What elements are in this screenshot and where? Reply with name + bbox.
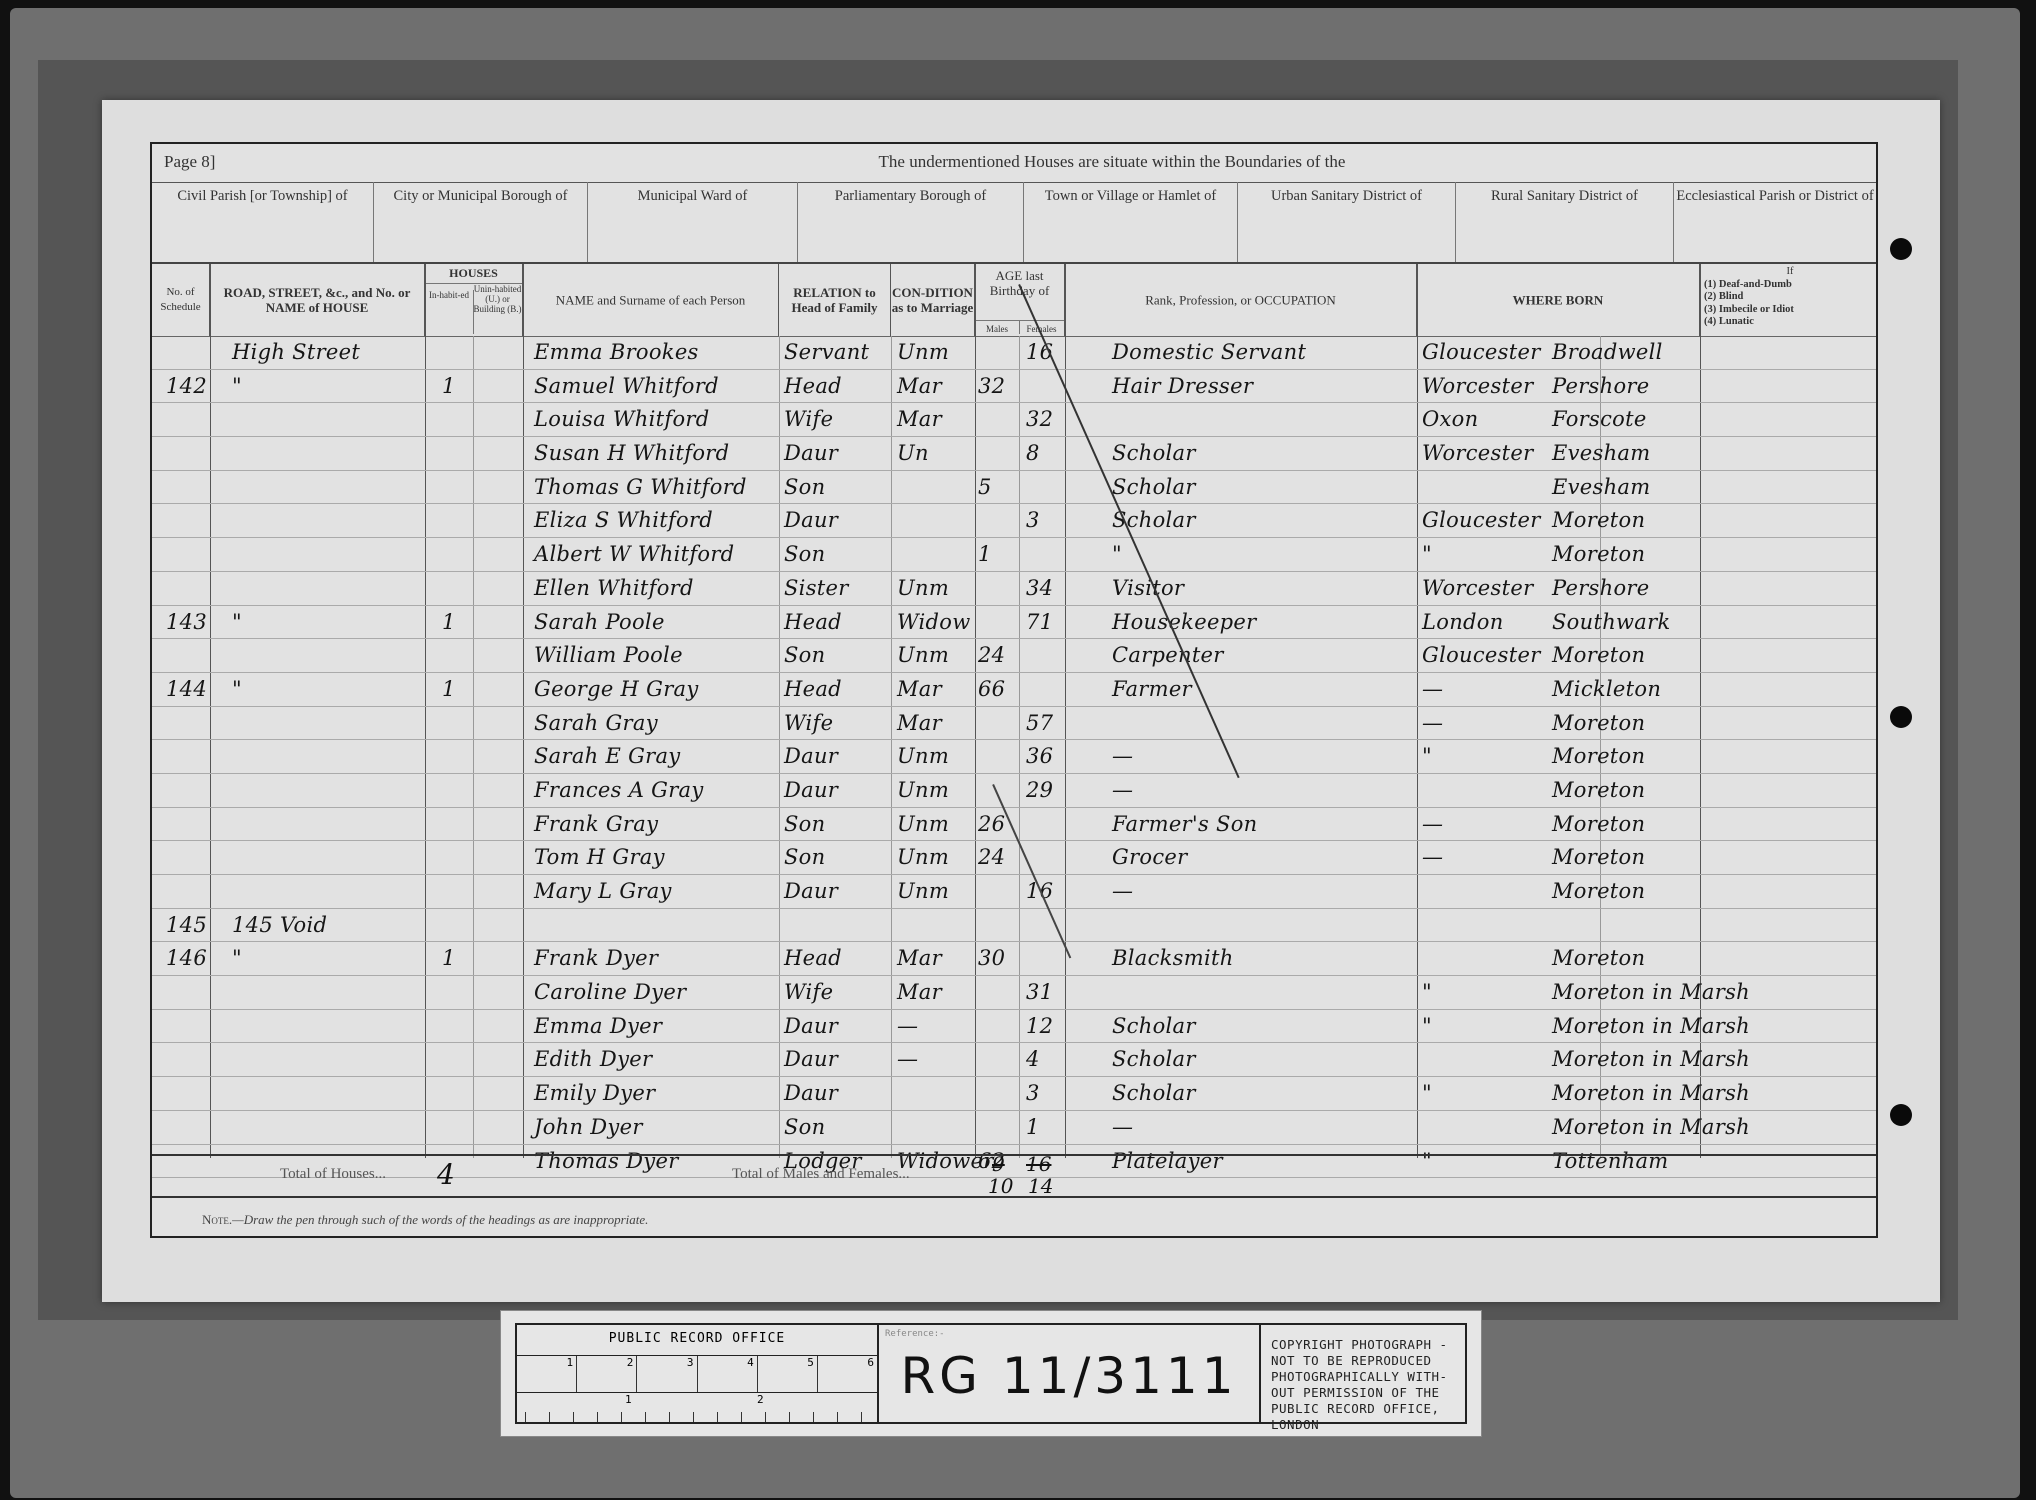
- inhabited-count: 1: [442, 677, 456, 701]
- jurisdiction-civil-parish: Civil Parish [or Township] of: [152, 182, 374, 262]
- person-name: George H Gray: [534, 677, 699, 701]
- marital-condition: —: [897, 1014, 918, 1038]
- jurisdiction-urban-sanitary: Urban Sanitary District of: [1238, 182, 1456, 262]
- person-name: Emily Dyer: [534, 1081, 655, 1105]
- census-entries: High StreetEmma BrookesServantUnm16Domes…: [152, 336, 1876, 1178]
- schedule-number: 143: [166, 610, 207, 634]
- relation: Daur: [784, 441, 838, 465]
- table-row: High StreetEmma BrookesServantUnm16Domes…: [152, 336, 1876, 370]
- road-name: ": [232, 374, 242, 398]
- relation: Wife: [784, 711, 833, 735]
- relation: Son: [784, 845, 825, 869]
- relation: Son: [784, 542, 825, 566]
- boundaries-title: The undermentioned Houses are situate wi…: [712, 152, 1512, 172]
- occupation: Blacksmith: [1112, 946, 1234, 970]
- birth-place: Moreton in Marsh: [1552, 1081, 1750, 1105]
- relation: Daur: [784, 1081, 838, 1105]
- road-name: ": [232, 677, 242, 701]
- person-name: Eliza S Whitford: [534, 508, 713, 532]
- table-row: Eliza S WhitfordDaur3ScholarGloucesterMo…: [152, 504, 1876, 538]
- relation: Daur: [784, 1047, 838, 1071]
- person-name: Ellen Whitford: [534, 576, 694, 600]
- occupation: Grocer: [1112, 845, 1188, 869]
- marital-condition: Unm: [897, 744, 949, 768]
- ruler-tick: [837, 1412, 838, 1422]
- relation: Son: [784, 1115, 825, 1139]
- road-name: ": [232, 946, 242, 970]
- occupation: —: [1112, 744, 1133, 768]
- female-age: 31: [1026, 980, 1053, 1004]
- person-name: John Dyer: [534, 1115, 643, 1139]
- marital-condition: Unm: [897, 576, 949, 600]
- copyright-notice: COPYRIGHT PHOTOGRAPH - NOT TO BE REPRODU…: [1261, 1325, 1465, 1422]
- relation: Head: [784, 374, 842, 398]
- birth-county: ": [1422, 744, 1432, 768]
- binding-hole: [1890, 238, 1912, 260]
- table-row: 144"1George H GrayHeadMar66Farmer—Mickle…: [152, 673, 1876, 707]
- relation: Sister: [784, 576, 849, 600]
- stamp-office-label: PUBLIC RECORD OFFICE: [517, 1331, 877, 1346]
- column-headers: No. of Schedule ROAD, STREET, &c., and N…: [152, 264, 1876, 337]
- occupation: Farmer: [1112, 677, 1192, 701]
- stamp-scale: PUBLIC RECORD OFFICE 123456 1 2: [517, 1325, 879, 1422]
- person-name: Albert W Whitford: [534, 542, 734, 566]
- header-schedule: No. of Schedule: [152, 264, 210, 336]
- female-age: 29: [1026, 778, 1053, 802]
- relation: Daur: [784, 1014, 838, 1038]
- female-age: 8: [1026, 441, 1040, 465]
- marital-condition: Unm: [897, 778, 949, 802]
- relation: Wife: [784, 407, 833, 431]
- schedule-number: 144: [166, 677, 207, 701]
- occupation: ": [1112, 542, 1122, 566]
- header-occupation: Rank, Profession, or OCCUPATION: [1065, 264, 1417, 336]
- marital-condition: Mar: [897, 677, 942, 701]
- table-row: Caroline DyerWifeMar31"Moreton in Marsh: [152, 976, 1876, 1010]
- table-row: Sarah GrayWifeMar57—Moreton: [152, 707, 1876, 741]
- birth-place: Moreton in Marsh: [1552, 980, 1750, 1004]
- ruler-tick: [597, 1412, 598, 1422]
- marital-condition: Unm: [897, 812, 949, 836]
- jurisdiction-rural-sanitary: Rural Sanitary District of: [1456, 182, 1674, 262]
- table-row: Mary L GrayDaurUnm16—Moreton: [152, 875, 1876, 909]
- person-name: Emma Dyer: [534, 1014, 662, 1038]
- jurisdiction-municipal-ward: Municipal Ward of: [588, 182, 798, 262]
- table-row: 143"1Sarah PooleHeadWidow71HousekeeperLo…: [152, 606, 1876, 640]
- female-age: 1: [1026, 1115, 1040, 1139]
- occupation: Scholar: [1112, 441, 1196, 465]
- relation: Daur: [784, 508, 838, 532]
- relation: Son: [784, 643, 825, 667]
- table-row: 145145 Void: [152, 909, 1876, 943]
- birth-place: Moreton in Marsh: [1552, 1014, 1750, 1038]
- page-number: Page 8]: [164, 152, 215, 172]
- birth-place: Moreton: [1552, 778, 1645, 802]
- marital-condition: Unm: [897, 340, 949, 364]
- male-age: 30: [978, 946, 1005, 970]
- birth-place: Forscote: [1552, 407, 1647, 431]
- occupation: —: [1112, 879, 1133, 903]
- inhabited-count: 1: [442, 374, 456, 398]
- total-females-struck: 16: [1026, 1152, 1051, 1176]
- person-name: Caroline Dyer: [534, 980, 686, 1004]
- table-row: Susan H WhitfordDaurUn8ScholarWorcesterE…: [152, 437, 1876, 471]
- birth-place: Southwark: [1552, 610, 1670, 634]
- ruler-tick: [573, 1412, 574, 1422]
- table-row: Albert W WhitfordSon1""Moreton: [152, 538, 1876, 572]
- table-row: John DyerSon1—Moreton in Marsh: [152, 1111, 1876, 1145]
- birth-county: —: [1422, 711, 1443, 735]
- occupation: —: [1112, 1115, 1133, 1139]
- birth-county: London: [1422, 610, 1504, 634]
- jurisdiction-ecclesiastical: Ecclesiastical Parish or District of: [1674, 182, 1876, 262]
- relation: Head: [784, 677, 842, 701]
- ruler-tick: [621, 1412, 622, 1422]
- table-row: 146"1Frank DyerHeadMar30BlacksmithMoreto…: [152, 942, 1876, 976]
- header-road: ROAD, STREET, &c., and No. or NAME of HO…: [210, 264, 425, 336]
- person-name: Emma Brookes: [534, 340, 699, 364]
- ruler-tick: [717, 1412, 718, 1422]
- birth-place: Pershore: [1552, 576, 1649, 600]
- relation: Servant: [784, 340, 869, 364]
- occupation: Visitor: [1112, 576, 1184, 600]
- marital-condition: Unm: [897, 845, 949, 869]
- occupation: —: [1112, 778, 1133, 802]
- form-header: Page 8] The undermentioned Houses are si…: [152, 144, 1876, 183]
- schedule-number: 145: [166, 913, 207, 937]
- total-males-struck: 9: [992, 1152, 1005, 1176]
- binding-hole: [1890, 706, 1912, 728]
- header-relation: RELATION to Head of Family: [779, 264, 891, 336]
- birth-county: Worcester: [1422, 576, 1533, 600]
- relation: Wife: [784, 980, 833, 1004]
- binding-hole: [1890, 1104, 1912, 1126]
- birth-county: —: [1422, 812, 1443, 836]
- header-condition: CON-DITION as to Marriage: [891, 264, 975, 336]
- relation: Son: [784, 812, 825, 836]
- birth-county: Worcester: [1422, 374, 1533, 398]
- person-name: Sarah Poole: [534, 610, 665, 634]
- birth-county: —: [1422, 677, 1443, 701]
- relation: Daur: [784, 778, 838, 802]
- person-name: William Poole: [534, 643, 683, 667]
- birth-place: Moreton: [1552, 711, 1645, 735]
- person-name: Sarah E Gray: [534, 744, 680, 768]
- birth-county: Gloucester: [1422, 340, 1541, 364]
- reference-number: RG 11/3111: [879, 1347, 1259, 1405]
- schedule-number: 142: [166, 374, 207, 398]
- relation: Head: [784, 610, 842, 634]
- birth-place: Moreton: [1552, 812, 1645, 836]
- table-row: Ellen WhitfordSisterUnm34VisitorWorceste…: [152, 572, 1876, 606]
- birth-place: Evesham: [1552, 475, 1650, 499]
- person-name: Thomas G Whitford: [534, 475, 747, 499]
- table-row: Edith DyerDaur—4ScholarMoreton in Marsh: [152, 1043, 1876, 1077]
- occupation: Carpenter: [1112, 643, 1224, 667]
- record-office-stamp: PUBLIC RECORD OFFICE 123456 1 2 Referenc…: [500, 1310, 1482, 1437]
- occupation: Scholar: [1112, 1047, 1196, 1071]
- total-females-value: 14: [1028, 1174, 1053, 1198]
- male-age: 26: [978, 812, 1005, 836]
- female-age: 3: [1026, 508, 1040, 532]
- person-name: Tom H Gray: [534, 845, 665, 869]
- ruler-tick: [789, 1412, 790, 1422]
- female-age: 4: [1026, 1047, 1040, 1071]
- relation: Daur: [784, 879, 838, 903]
- birth-place: Moreton in Marsh: [1552, 1115, 1750, 1139]
- total-persons-label: Total of Males and Females...: [732, 1166, 910, 1183]
- marital-condition: Mar: [897, 980, 942, 1004]
- occupation: Domestic Servant: [1112, 340, 1306, 364]
- person-name: Frances A Gray: [534, 778, 704, 802]
- road-name: High Street: [232, 340, 360, 364]
- stamp-reference: Reference:- RG 11/3111: [879, 1325, 1261, 1422]
- total-males-value: 10: [988, 1174, 1013, 1198]
- birth-place: Moreton: [1552, 946, 1645, 970]
- person-name: Sarah Gray: [534, 711, 658, 735]
- jurisdiction-row: Civil Parish [or Township] of City or Mu…: [152, 182, 1876, 264]
- male-age: 1: [978, 542, 992, 566]
- header-where-born: WHERE BORN: [1417, 264, 1700, 336]
- person-name: Frank Gray: [534, 812, 658, 836]
- total-houses-label: Total of Houses...: [280, 1166, 386, 1183]
- marital-condition: Unm: [897, 879, 949, 903]
- person-name: Samuel Whitford: [534, 374, 719, 398]
- birth-place: Moreton: [1552, 508, 1645, 532]
- birth-place: Broadwell: [1552, 340, 1663, 364]
- relation: Head: [784, 946, 842, 970]
- marital-condition: Mar: [897, 407, 942, 431]
- table-row: Emma DyerDaur—12Scholar"Moreton in Marsh: [152, 1010, 1876, 1044]
- person-name: Louisa Whitford: [534, 407, 709, 431]
- female-age: 57: [1026, 711, 1053, 735]
- scale-ruler-bottom: 1 2: [517, 1391, 877, 1422]
- occupation: Hair Dresser: [1112, 374, 1253, 398]
- marital-condition: Unm: [897, 643, 949, 667]
- birth-place: Moreton: [1552, 744, 1645, 768]
- table-row: Frances A GrayDaurUnm29—Moreton: [152, 774, 1876, 808]
- person-name: Mary L Gray: [534, 879, 672, 903]
- birth-place: Moreton: [1552, 643, 1645, 667]
- relation: Son: [784, 475, 825, 499]
- birth-county: Oxon: [1422, 407, 1478, 431]
- road-name: ": [232, 610, 242, 634]
- scale-ruler-top: 123456: [517, 1355, 877, 1393]
- table-row: Sarah E GrayDaurUnm36—"Moreton: [152, 740, 1876, 774]
- header-age: AGE last Birthday of Males Females: [975, 264, 1065, 336]
- marital-condition: —: [897, 1047, 918, 1071]
- male-age: 5: [978, 475, 992, 499]
- birth-county: ": [1422, 1014, 1432, 1038]
- occupation: Scholar: [1112, 475, 1196, 499]
- marital-condition: Widow: [897, 610, 971, 634]
- inhabited-count: 1: [442, 946, 456, 970]
- person-name: Susan H Whitford: [534, 441, 729, 465]
- birth-county: Worcester: [1422, 441, 1533, 465]
- table-row: William PooleSonUnm24CarpenterGloucester…: [152, 639, 1876, 673]
- jurisdiction-town-village: Town or Village or Hamlet of: [1024, 182, 1238, 262]
- marital-condition: Mar: [897, 711, 942, 735]
- occupation: Housekeeper: [1112, 610, 1256, 634]
- totals-row: Total of Houses... 4 Total of Males and …: [152, 1154, 1876, 1198]
- birth-place: Mickleton: [1552, 677, 1661, 701]
- male-age: 66: [978, 677, 1005, 701]
- ruler-tick: [525, 1412, 526, 1422]
- table-row: Emily DyerDaur3Scholar"Moreton in Marsh: [152, 1077, 1876, 1111]
- table-row: 142"1Samuel WhitfordHeadMar32Hair Dresse…: [152, 370, 1876, 404]
- marital-condition: Un: [897, 441, 929, 465]
- ruler-tick: [765, 1412, 766, 1422]
- ruler-tick: [741, 1412, 742, 1422]
- birth-place: Pershore: [1552, 374, 1649, 398]
- female-age: 12: [1026, 1014, 1053, 1038]
- ruler-tick: [669, 1412, 670, 1422]
- female-age: 32: [1026, 407, 1053, 431]
- relation: Daur: [784, 744, 838, 768]
- occupation: Scholar: [1112, 1014, 1196, 1038]
- table-row: Frank GraySonUnm26Farmer's Son—Moreton: [152, 808, 1876, 842]
- birth-place: Moreton in Marsh: [1552, 1047, 1750, 1071]
- birth-county: Gloucester: [1422, 508, 1541, 532]
- header-houses: HOUSES In-habit-ed Unin-habited (U.) or …: [425, 264, 523, 336]
- header-name: NAME and Surname of each Person: [523, 264, 779, 336]
- jurisdiction-municipal-borough: City or Municipal Borough of: [374, 182, 588, 262]
- ruler-tick: [861, 1412, 862, 1422]
- person-name: Frank Dyer: [534, 946, 658, 970]
- female-age: 3: [1026, 1081, 1040, 1105]
- occupation: Scholar: [1112, 1081, 1196, 1105]
- header-infirmity: If (1) Deaf-and-Dumb (2) Blind (3) Imbec…: [1700, 264, 1876, 336]
- female-age: 34: [1026, 576, 1053, 600]
- total-houses-value: 4: [437, 1158, 455, 1191]
- ruler-tick: [549, 1412, 550, 1422]
- person-name: Edith Dyer: [534, 1047, 652, 1071]
- jurisdiction-parliamentary-borough: Parliamentary Borough of: [798, 182, 1024, 262]
- birth-place: Moreton: [1552, 845, 1645, 869]
- marital-condition: Mar: [897, 946, 942, 970]
- ruler-tick: [645, 1412, 646, 1422]
- marital-condition: Mar: [897, 374, 942, 398]
- road-name: 145 Void: [232, 913, 327, 937]
- male-age: 24: [978, 643, 1005, 667]
- inhabited-count: 1: [442, 610, 456, 634]
- ruler-tick: [693, 1412, 694, 1422]
- occupation: Farmer's Son: [1112, 812, 1257, 836]
- birth-place: Moreton: [1552, 542, 1645, 566]
- ruler-tick: [813, 1412, 814, 1422]
- male-age: 32: [978, 374, 1005, 398]
- birth-county: ": [1422, 980, 1432, 1004]
- birth-county: —: [1422, 845, 1443, 869]
- census-form: Page 8] The undermentioned Houses are si…: [150, 142, 1878, 1238]
- female-age: 36: [1026, 744, 1053, 768]
- male-age: 24: [978, 845, 1005, 869]
- table-row: Louisa WhitfordWifeMar32OxonForscote: [152, 403, 1876, 437]
- birth-county: ": [1422, 1081, 1432, 1105]
- birth-county: ": [1422, 542, 1432, 566]
- schedule-number: 146: [166, 946, 207, 970]
- birth-county: Gloucester: [1422, 643, 1541, 667]
- table-row: Thomas G WhitfordSon5ScholarEvesham: [152, 471, 1876, 505]
- birth-place: Evesham: [1552, 441, 1650, 465]
- table-row: Tom H GraySonUnm24Grocer—Moreton: [152, 841, 1876, 875]
- female-age: 71: [1026, 610, 1053, 634]
- form-note: Note.—Draw the pen through such of the w…: [202, 1212, 648, 1228]
- birth-place: Moreton: [1552, 879, 1645, 903]
